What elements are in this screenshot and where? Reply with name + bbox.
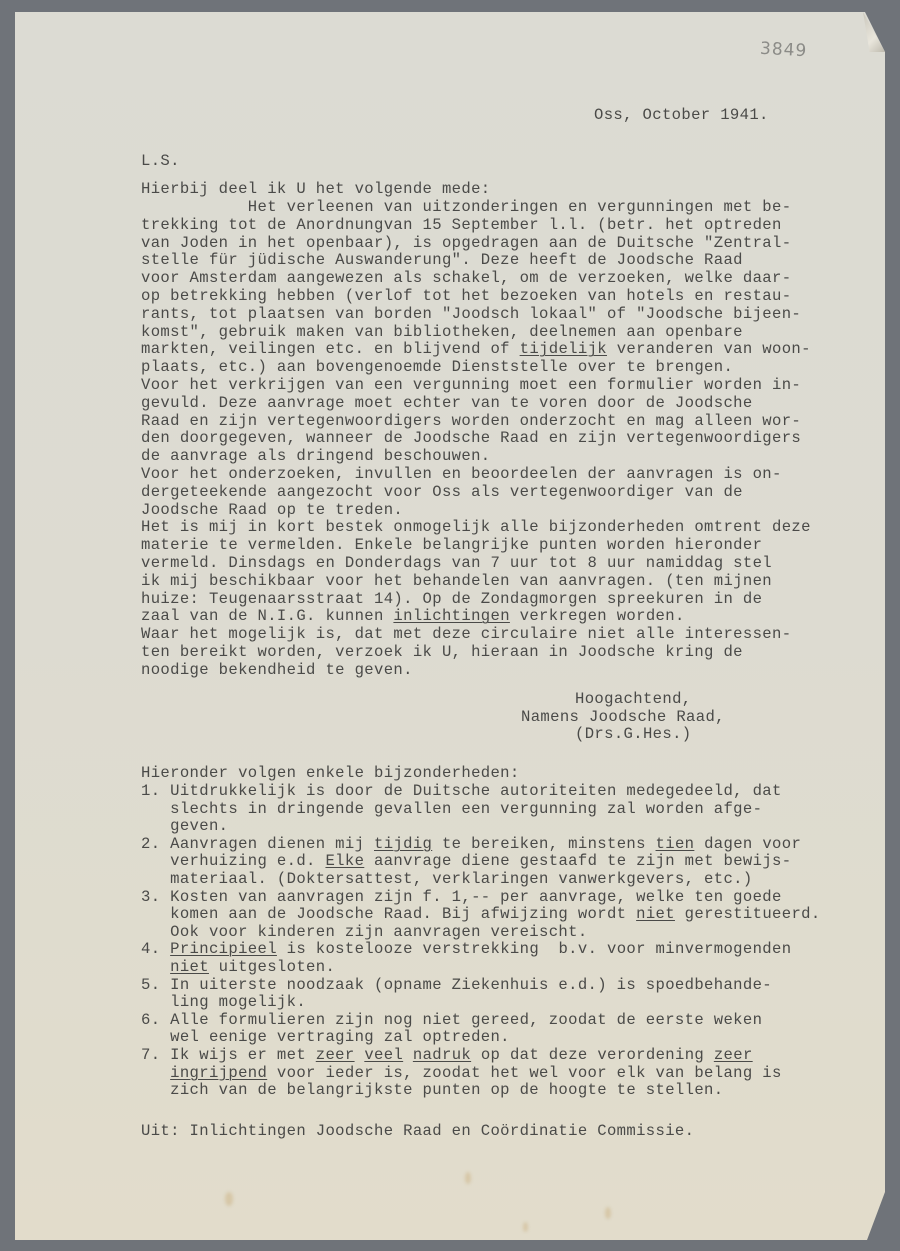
detail-line: 1. Uitdrukkelijk is door de Duitsche aut… [141,782,782,800]
paper-stain [225,1192,233,1206]
body-line: plaats, etc.) aan bovengenoemde Dienstst… [141,358,733,376]
underlined-emphasis: niet [170,958,209,976]
signature-name: (Drs.G.Hes.) [575,725,692,743]
detail-line: geven. [141,817,228,835]
detail-line: 6. Alle formulieren zijn nog niet gereed… [141,1011,762,1029]
archive-number: 3849 [760,39,808,61]
body-line: markten, veilingen etc. en blijvend of t… [141,340,811,358]
body-line: Het verleenen van uitzonderingen en verg… [141,198,791,216]
detail-line: 2. Aanvragen dienen mij tijdig te bereik… [141,835,801,853]
body-line: de aanvrage als dringend beschouwen. [141,447,490,465]
body-line: zaal van de N.I.G. kunnen inlichtingen v… [141,607,685,625]
source-line: Uit: Inlichtingen Joodsche Raad en Coörd… [141,1122,694,1140]
date-line: Oss, October 1941. [594,106,769,124]
body-line: Voor het verkrijgen van een vergunning m… [141,376,801,394]
detail-line: 4. Principieel is kostelooze verstrekkin… [141,940,791,958]
underlined-emphasis: Elke [325,852,364,870]
body-line: komst", gebruik maken van bibliotheken, … [141,323,743,341]
underlined-emphasis: nadruk [413,1046,471,1064]
detail-line: 7. Ik wijs er met zeer veel nadruk op da… [141,1046,753,1064]
detail-line: niet uitgesloten. [141,958,335,976]
underlined-emphasis: tijdig [374,835,432,853]
body-line: trekking tot de Anordnungvan 15 Septembe… [141,216,782,234]
underlined-emphasis: niet [636,905,675,923]
body-line: Raad en zijn vertegenwoordigers worden o… [141,412,801,430]
underlined-emphasis: veel [364,1046,403,1064]
body-line: dergeteekende aangezocht voor Oss als ve… [141,483,743,501]
underlined-emphasis: tien [656,835,695,853]
paper-stain [465,1172,471,1184]
body-line: noodige bekendheid te geven. [141,661,413,679]
body-line: op betrekking hebben (verlof tot het bez… [141,287,791,305]
underlined-emphasis: zeer [316,1046,355,1064]
details-heading: Hieronder volgen enkele bijzonderheden: [141,764,520,782]
body-line: materie te vermelden. Enkele belangrijke… [141,536,762,554]
underlined-emphasis: tijdelijk [520,340,607,358]
body-line: vermeld. Dinsdags en Donderdags van 7 uu… [141,554,772,572]
closing-on-behalf: Namens Joodsche Raad, [521,708,725,726]
detail-line: slechts in dringende gevallen een vergun… [141,800,762,818]
detail-line: 5. In uiterste noodzaak (opname Ziekenhu… [141,976,772,994]
underlined-emphasis: inlichtingen [393,607,510,625]
body-line: Voor het onderzoeken, invullen en beoord… [141,465,782,483]
intro-line: Hierbij deel ik U het volgende mede: [141,180,490,198]
paper-stain [523,1222,528,1232]
body-line: ten bereikt worden, verzoek ik U, hieraa… [141,643,743,661]
body-line: ik mij beschikbaar voor het behandelen v… [141,572,772,590]
body-line: van Joden in het openbaar), is opgedrage… [141,234,791,252]
detail-line: komen aan de Joodsche Raad. Bij afwijzin… [141,905,821,923]
detail-line: materiaal. (Doktersattest, verklaringen … [141,870,753,888]
body-line: huize: Teugenaarsstraat 14). Op de Zonda… [141,590,762,608]
body-line: den doorgegeven, wanneer de Joodsche Raa… [141,429,801,447]
underlined-emphasis: ingrijpend [170,1064,267,1082]
detail-line: verhuizing e.d. Elke aanvrage diene gest… [141,852,791,870]
body-line: Het is mij in kort bestek onmogelijk all… [141,518,811,536]
salutation: L.S. [141,152,180,170]
body-line: stelle für jüdische Auswanderung". Deze … [141,251,743,269]
body-line: voor Amsterdam aangewezen als schakel, o… [141,269,791,287]
underlined-emphasis: zeer [714,1046,753,1064]
detail-line: ling mogelijk. [141,993,306,1011]
underlined-emphasis: Principieel [170,940,277,958]
detail-line: ingrijpend voor ieder is, zoodat het wel… [141,1064,782,1082]
detail-line: wel eenige vertraging zal optreden. [141,1028,510,1046]
body-line: gevuld. Deze aanvrage moet echter van te… [141,394,753,412]
body-line: rants, tot plaatsen van borden "Joodsch … [141,305,801,323]
body-line: Waar het mogelijk is, dat met deze circu… [141,625,791,643]
body-line: Joodsche Raad op te treden. [141,501,403,519]
paper-stain [605,1207,611,1219]
detail-line: zich van de belangrijkste punten op de h… [141,1081,723,1099]
closing-greeting: Hoogachtend, [575,690,692,708]
detail-line: 3. Kosten van aanvragen zijn f. 1,-- per… [141,888,782,906]
detail-line: Ook voor kinderen zijn aanvragen vereisc… [141,923,588,941]
